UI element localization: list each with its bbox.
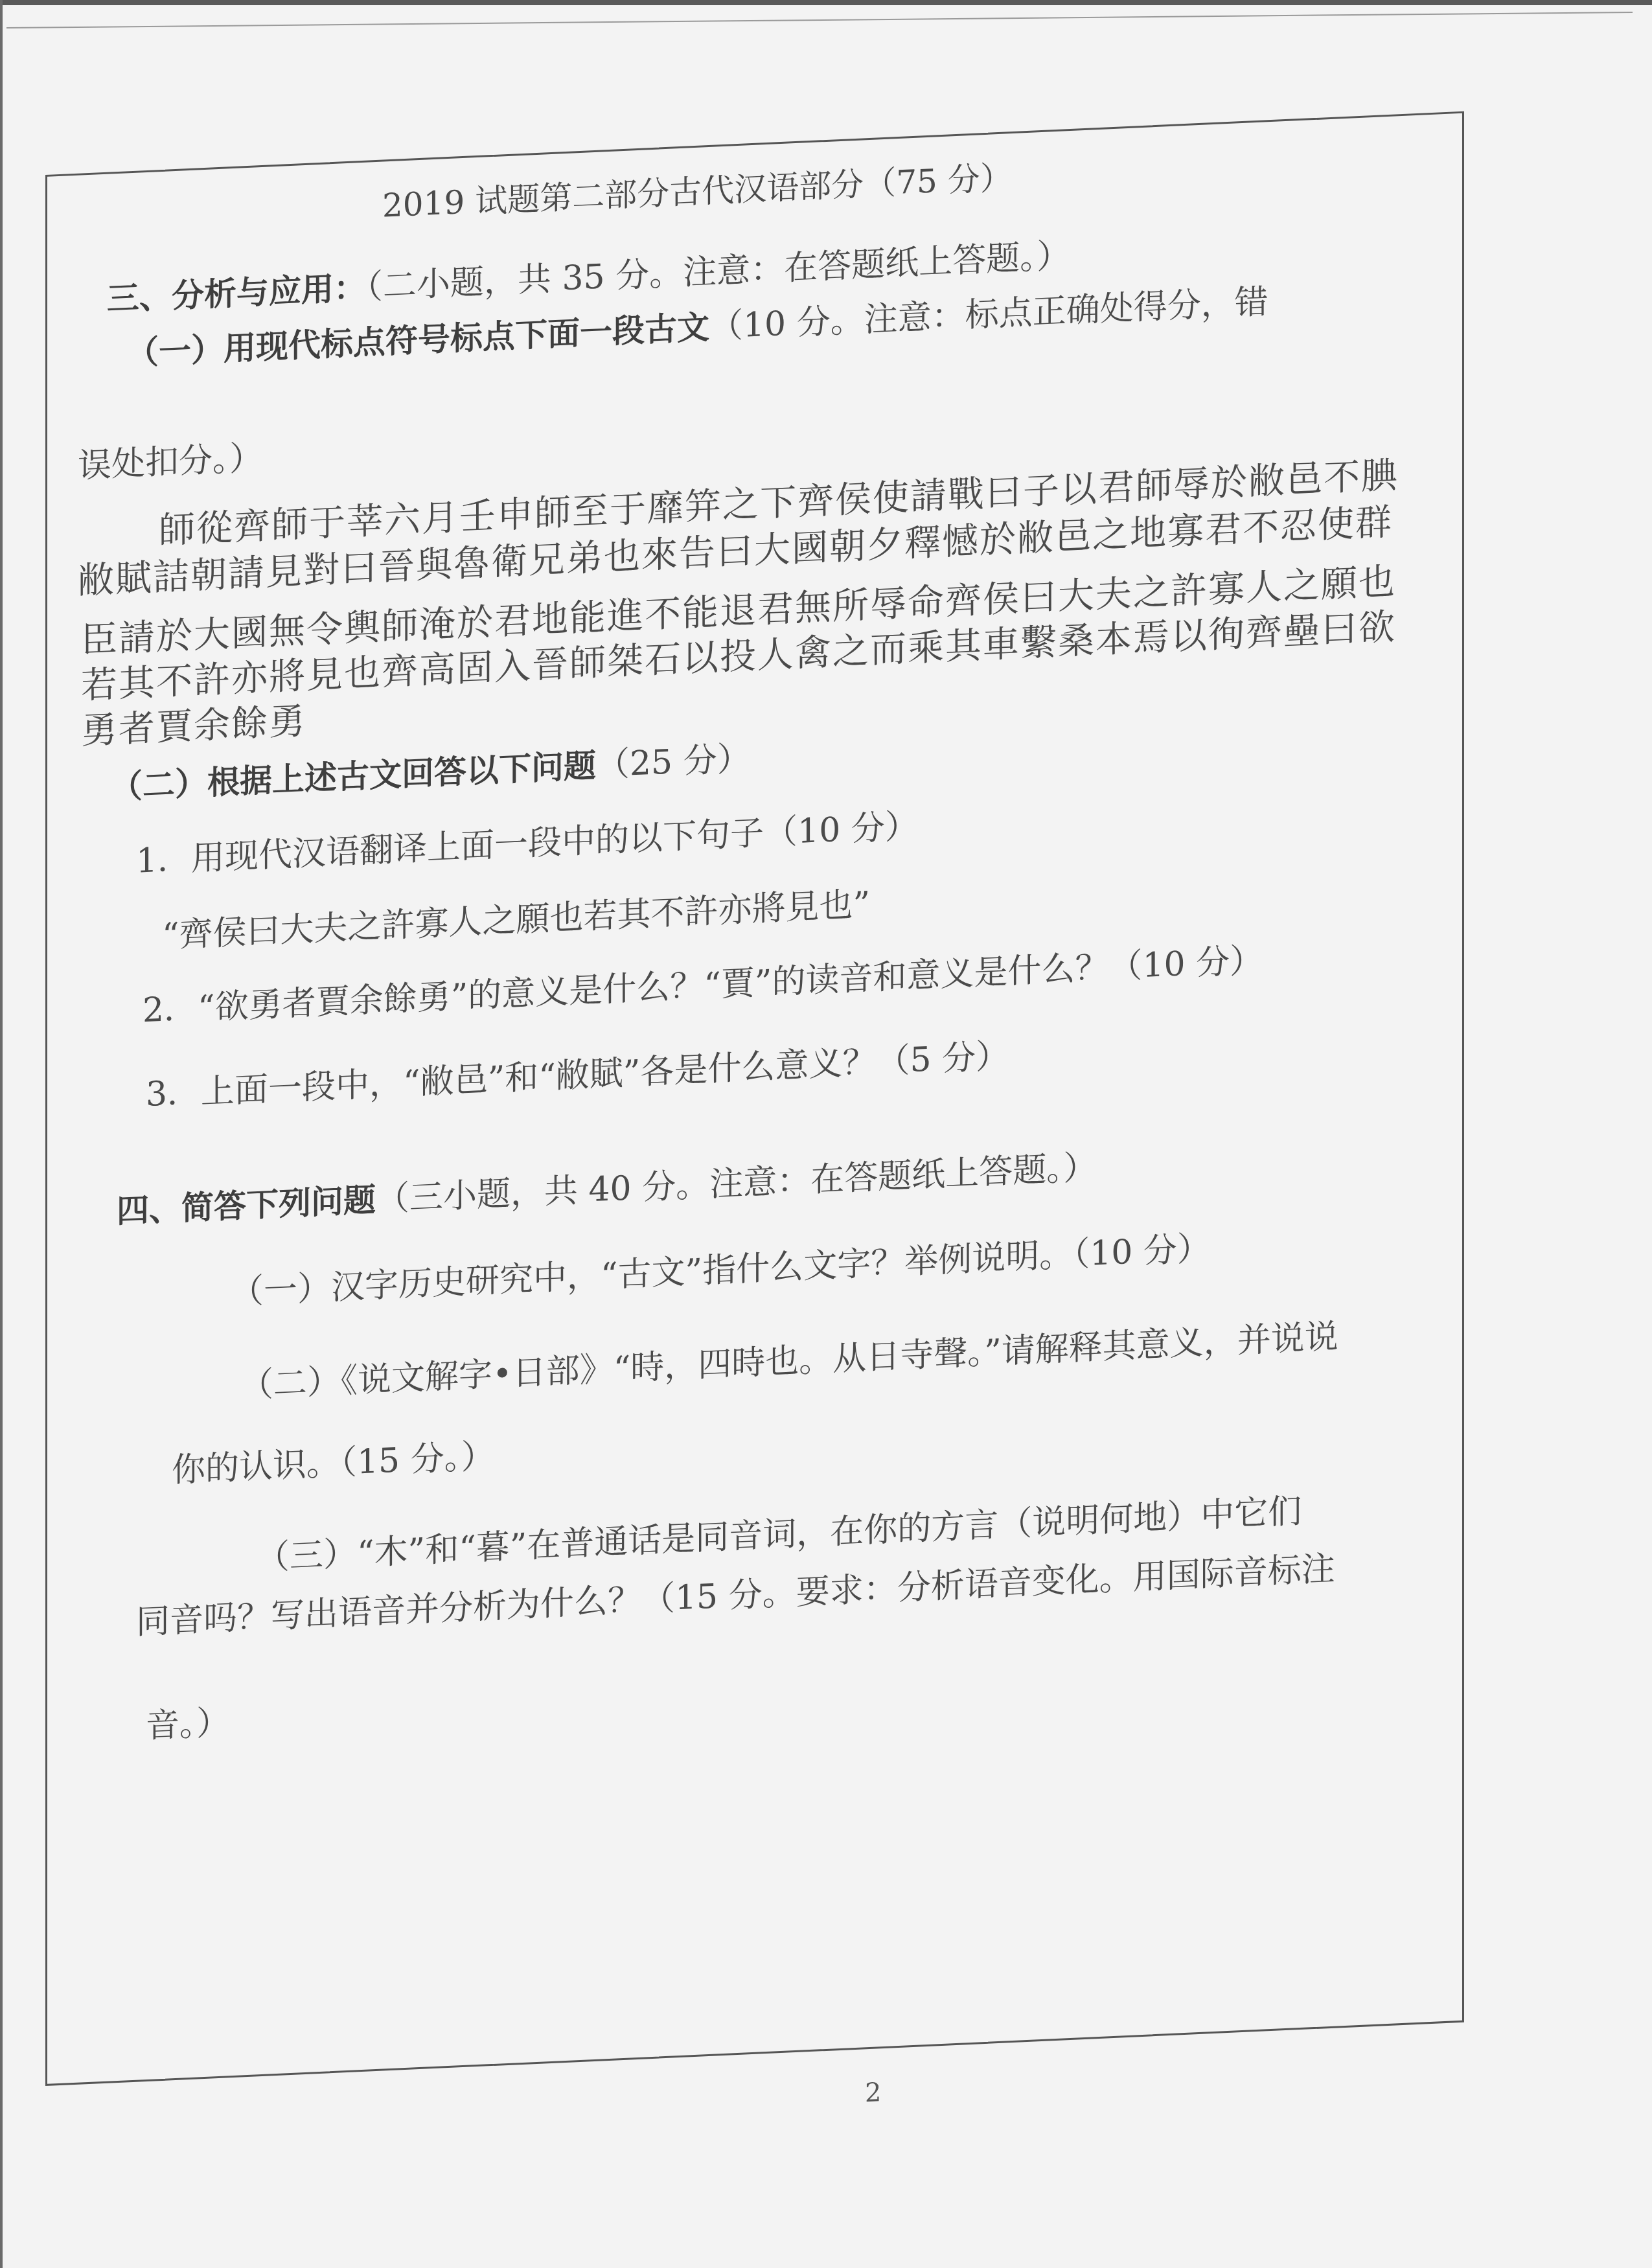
part1-note-continued: 误处扣分。）: [78, 439, 263, 486]
passage-line: 勇者賈余餘勇: [81, 702, 306, 751]
scan-edge-top: [0, 0, 1652, 5]
page-number: 2: [865, 2078, 881, 2108]
part2-points: （25 分）: [596, 739, 751, 785]
paper-fold-line: [6, 12, 1633, 29]
scan-edge-left: [0, 0, 3, 2268]
exam-sheet: 2019 试题第二部分古代汉语部分（75 分） 三、分析与应用：（二小题，共 3…: [45, 111, 1471, 2248]
section4-question-3-end: 音。）: [146, 1703, 230, 1746]
